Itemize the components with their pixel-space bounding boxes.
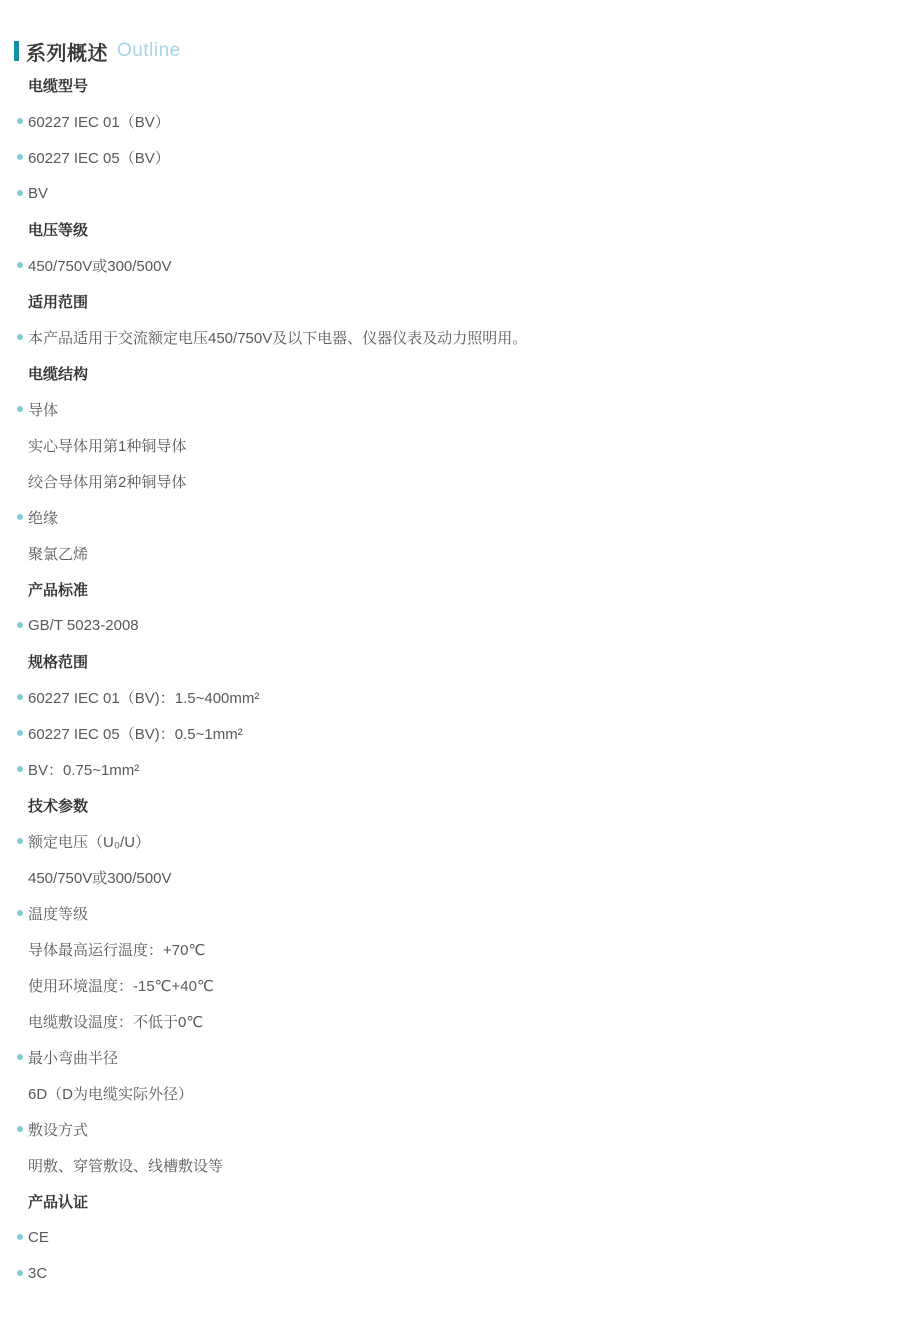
list-item: 最小弯曲半径 [14, 1039, 880, 1075]
list-item: 450/750V或300/500V [14, 859, 880, 895]
section-heading: 产品标准 [14, 571, 880, 607]
list-item: 绞合导体用第2种铜导体 [14, 463, 880, 499]
list-item: 聚氯乙烯 [14, 535, 880, 571]
list-item-text: 450/750V或300/500V [28, 255, 171, 276]
bullet-dot-icon [17, 262, 23, 268]
list-item: CE [14, 1219, 880, 1255]
list-item-text: 本产品适用于交流额定电压450/750V及以下电器、仪器仪表及动力照明用。 [28, 327, 527, 348]
list-item-text: 3C [28, 1265, 47, 1282]
list-item: 使用环境温度：-15℃+40℃ [14, 967, 880, 1003]
list-item-text: 450/750V或300/500V [28, 867, 171, 888]
list-item: 绝缘 [14, 499, 880, 535]
spec-section: 产品标准 GB/T 5023-2008 [14, 571, 880, 643]
bullet-dot-icon [17, 334, 23, 340]
section-heading: 电缆型号 [14, 67, 880, 103]
page-title: 系列概述 Outline [14, 38, 880, 64]
list-item-text: 聚氯乙烯 [28, 543, 88, 564]
list-item-text: 导体最高运行温度：+70℃ [28, 939, 205, 960]
list-item-text: 使用环境温度：-15℃+40℃ [28, 975, 214, 996]
list-item: 6D（D为电缆实际外径） [14, 1075, 880, 1111]
list-item-text: 绝缘 [28, 507, 58, 528]
list-item: 导体 [14, 391, 880, 427]
list-item: BV [14, 175, 880, 211]
list-item: BV：0.75~1mm² [14, 751, 880, 787]
spec-section: 产品认证 CE 3C [14, 1183, 880, 1291]
list-item-text: GB/T 5023-2008 [28, 617, 139, 634]
bullet-dot-icon [17, 694, 23, 700]
list-item-text: 60227 IEC 01（BV)：1.5~400mm² [28, 687, 259, 708]
page-title-en: Outline [117, 40, 181, 62]
list-item: 3C [14, 1255, 880, 1291]
bullet-dot-icon [17, 910, 23, 916]
list-item-text: 最小弯曲半径 [28, 1047, 118, 1068]
spec-sections: 电缆型号 60227 IEC 01（BV） 60227 IEC 05（BV） B… [14, 67, 880, 1291]
list-item-text: 60227 IEC 05（BV） [28, 147, 170, 168]
bullet-dot-icon [17, 154, 23, 160]
section-heading: 适用范围 [14, 283, 880, 319]
list-item-text: 敷设方式 [28, 1119, 88, 1140]
list-item-text: 导体 [28, 399, 58, 420]
list-item: 60227 IEC 05（BV） [14, 139, 880, 175]
list-item: 60227 IEC 01（BV)：1.5~400mm² [14, 679, 880, 715]
list-item: 60227 IEC 05（BV)：0.5~1mm² [14, 715, 880, 751]
section-heading: 技术参数 [14, 787, 880, 823]
list-item-text: BV [28, 185, 48, 202]
section-heading: 规格范围 [14, 643, 880, 679]
list-item: 额定电压（U₀/U） [14, 823, 880, 859]
list-item-text: 6D（D为电缆实际外径） [28, 1083, 193, 1104]
list-item: 450/750V或300/500V [14, 247, 880, 283]
list-item: 本产品适用于交流额定电压450/750V及以下电器、仪器仪表及动力照明用。 [14, 319, 880, 355]
list-item-text: 电缆敷设温度：不低于0℃ [28, 1011, 203, 1032]
bullet-dot-icon [17, 1270, 23, 1276]
list-item-text: CE [28, 1229, 49, 1246]
bullet-dot-icon [17, 1234, 23, 1240]
bullet-dot-icon [17, 406, 23, 412]
spec-section: 适用范围 本产品适用于交流额定电压450/750V及以下电器、仪器仪表及动力照明… [14, 283, 880, 355]
section-heading: 电压等级 [14, 211, 880, 247]
bullet-dot-icon [17, 1126, 23, 1132]
spec-section: 电缆型号 60227 IEC 01（BV） 60227 IEC 05（BV） B… [14, 67, 880, 211]
bullet-dot-icon [17, 838, 23, 844]
section-heading: 电缆结构 [14, 355, 880, 391]
title-accent-bar-icon [14, 41, 19, 61]
spec-section: 电压等级 450/750V或300/500V [14, 211, 880, 283]
list-item: 明敷、穿管敷设、线槽敷设等 [14, 1147, 880, 1183]
bullet-dot-icon [17, 730, 23, 736]
list-item-text: 额定电压（U₀/U） [28, 831, 150, 852]
spec-section: 规格范围 60227 IEC 01（BV)：1.5~400mm² 60227 I… [14, 643, 880, 787]
list-item-text: BV：0.75~1mm² [28, 759, 139, 780]
list-item: 敷设方式 [14, 1111, 880, 1147]
list-item-text: 60227 IEC 01（BV） [28, 111, 170, 132]
spec-section: 技术参数 额定电压（U₀/U） 450/750V或300/500V 温度等级 导… [14, 787, 880, 1183]
list-item-text: 明敷、穿管敷设、线槽敷设等 [28, 1155, 223, 1176]
list-item-text: 实心导体用第1种铜导体 [28, 435, 186, 456]
page-title-zh: 系列概述 [26, 37, 108, 66]
section-heading: 产品认证 [14, 1183, 880, 1219]
list-item: 实心导体用第1种铜导体 [14, 427, 880, 463]
bullet-dot-icon [17, 514, 23, 520]
bullet-dot-icon [17, 1054, 23, 1060]
spec-section: 电缆结构 导体 实心导体用第1种铜导体 绞合导体用第2种铜导体 绝缘 聚氯乙烯 [14, 355, 880, 571]
list-item: 导体最高运行温度：+70℃ [14, 931, 880, 967]
list-item-text: 温度等级 [28, 903, 88, 924]
list-item-text: 绞合导体用第2种铜导体 [28, 471, 186, 492]
outline-page: 系列概述 Outline 电缆型号 60227 IEC 01（BV） 60227… [0, 0, 900, 1317]
list-item: 温度等级 [14, 895, 880, 931]
bullet-dot-icon [17, 190, 23, 196]
list-item: 电缆敷设温度：不低于0℃ [14, 1003, 880, 1039]
list-item: GB/T 5023-2008 [14, 607, 880, 643]
list-item-text: 60227 IEC 05（BV)：0.5~1mm² [28, 723, 243, 744]
list-item: 60227 IEC 01（BV） [14, 103, 880, 139]
bullet-dot-icon [17, 118, 23, 124]
bullet-dot-icon [17, 766, 23, 772]
bullet-dot-icon [17, 622, 23, 628]
